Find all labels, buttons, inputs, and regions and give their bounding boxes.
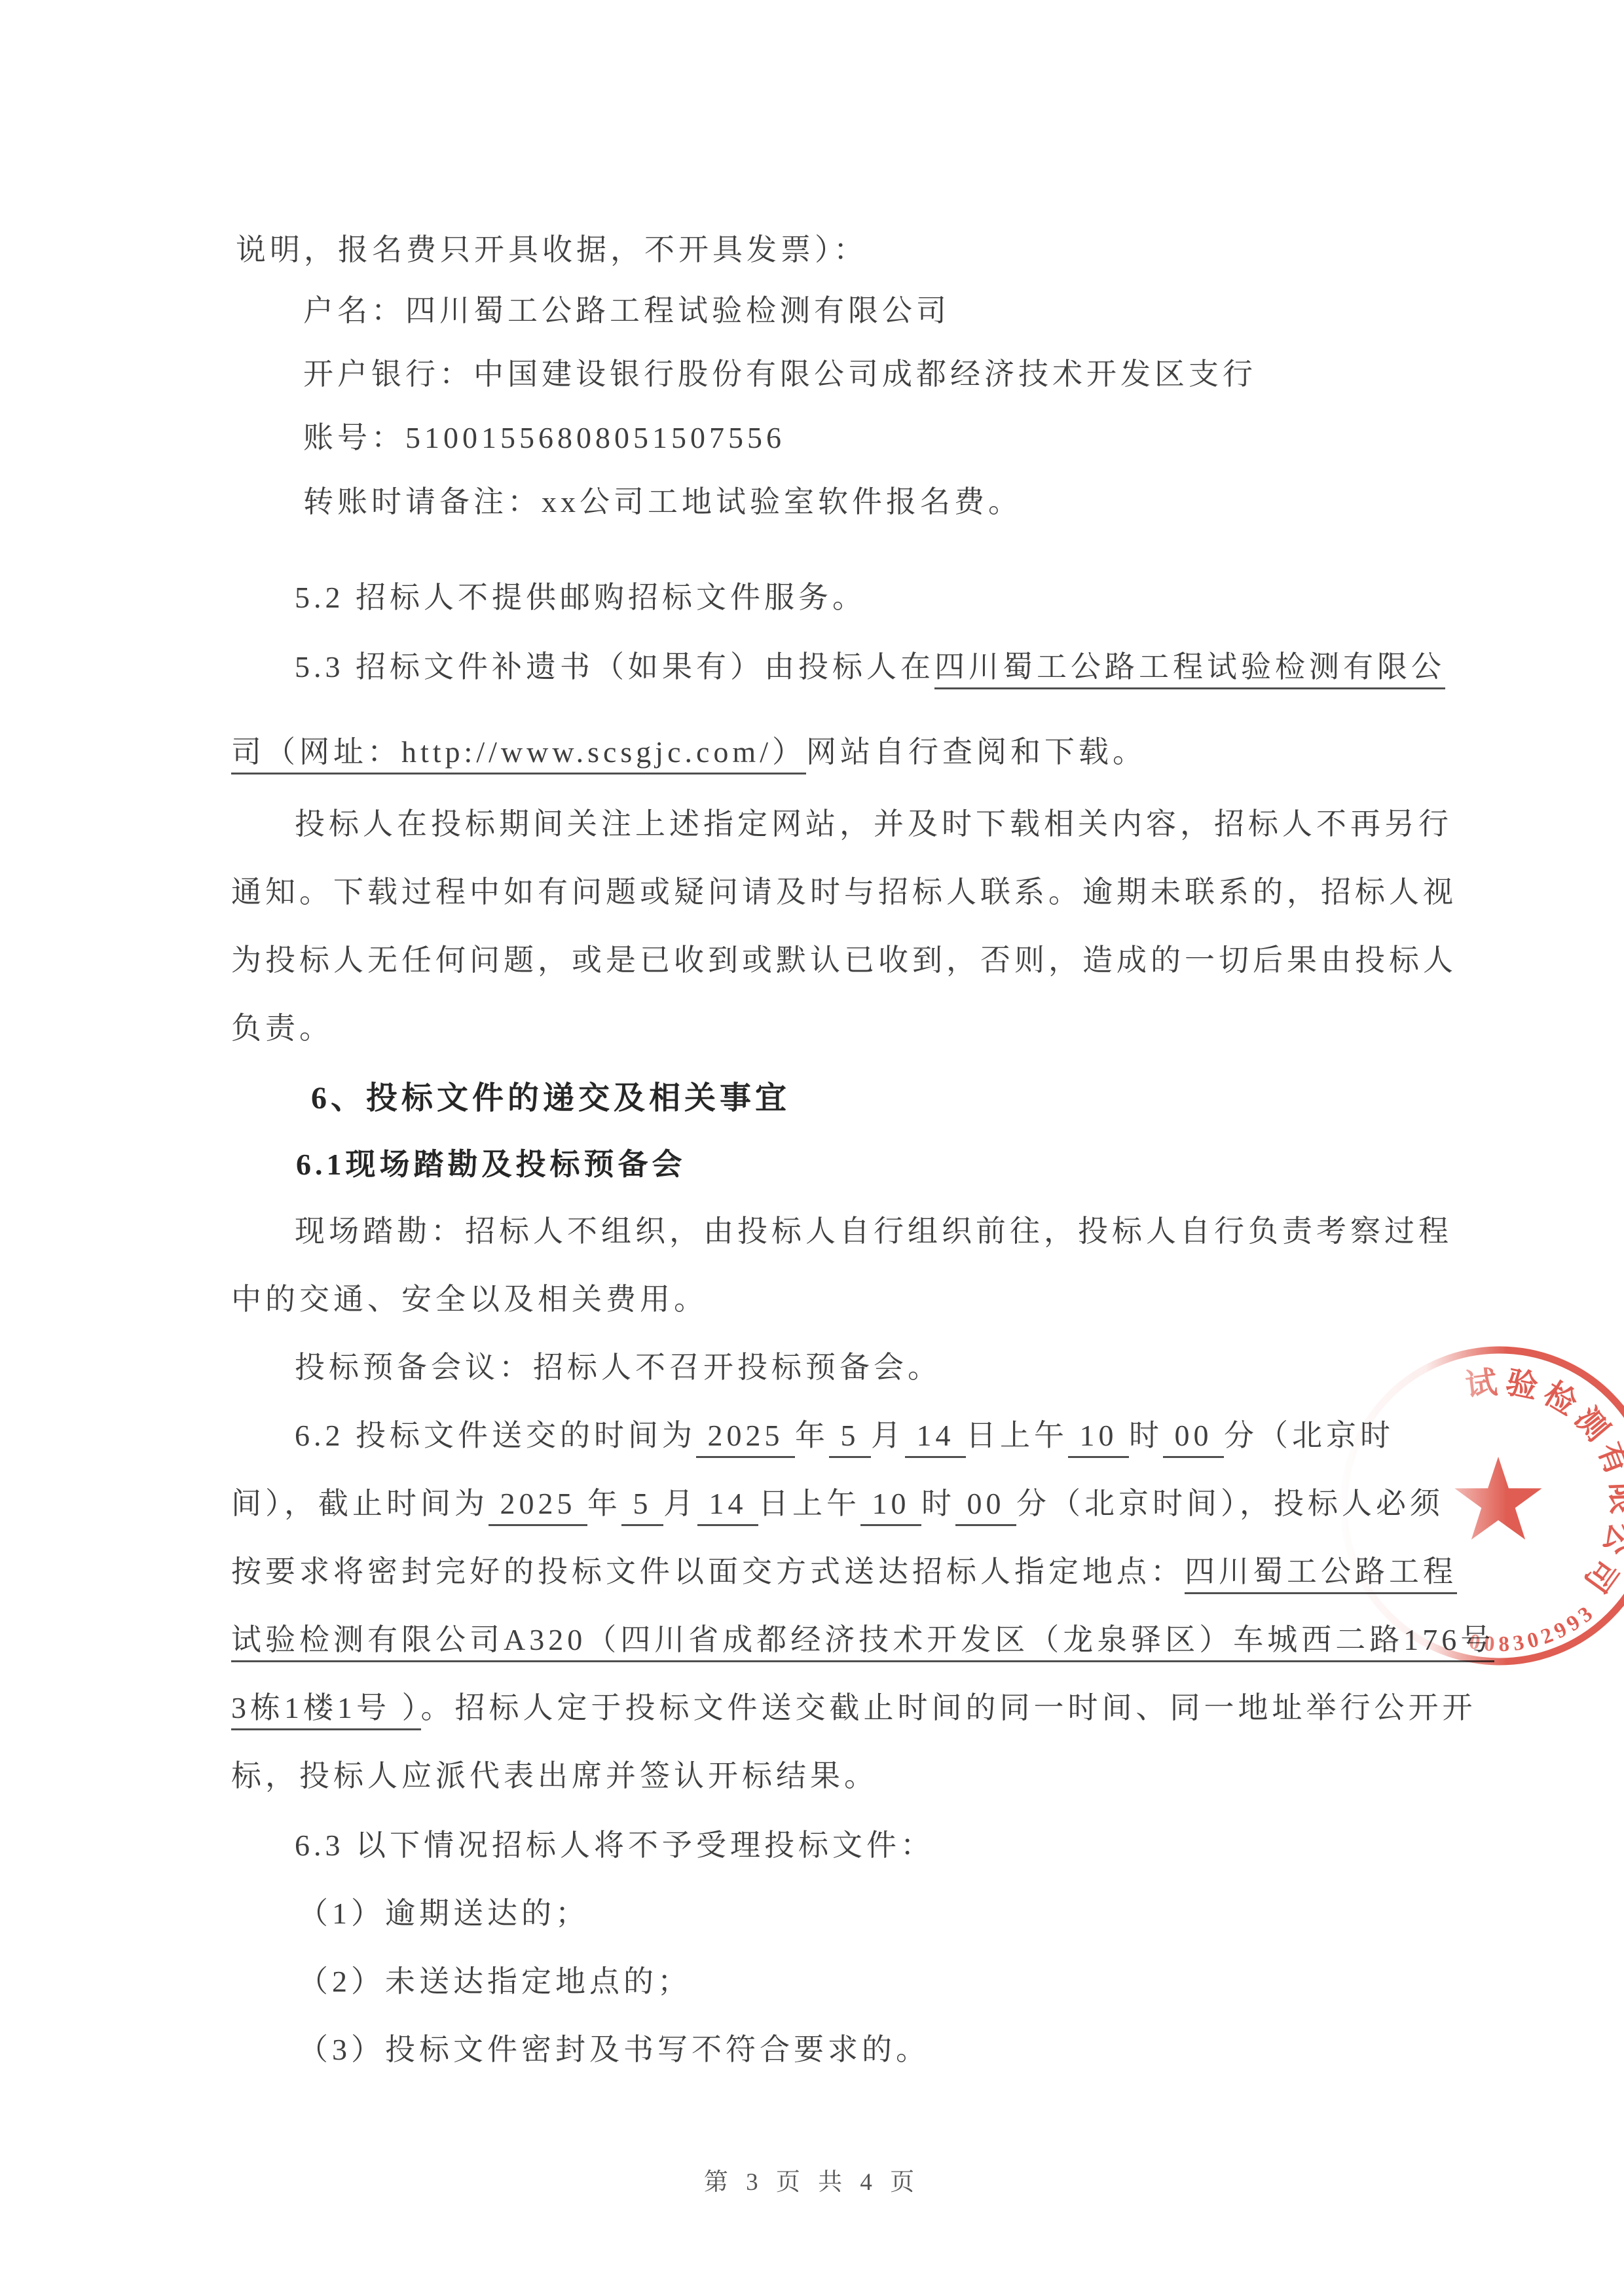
scanned-page: 说明，报名费只开具收据，不开具发票）：户名：四川蜀工公路工程试验检测有限公司开户… xyxy=(0,0,1624,2296)
page-number: 第 3 页 共 4 页 xyxy=(0,2162,1624,2197)
text-line: 中的交通、安全以及相关费用。 xyxy=(231,1282,708,1317)
text-line: 户名：四川蜀工公路工程试验检测有限公司 xyxy=(303,293,950,329)
star-icon xyxy=(1454,1457,1541,1540)
text-line: 6、投标文件的递交及相关事宜 xyxy=(311,1080,790,1118)
text-line: 通知。下载过程中如有问题或疑问请及时与招标人联系。逾期未联系的，招标人视 xyxy=(231,875,1457,910)
text-line: 账号：51001556808051507556 xyxy=(303,420,785,456)
text-line: （2）未送达指定地点的； xyxy=(298,1964,692,1999)
text-line: 试验检测有限公司A320（四川省成都经济技术开发区（龙泉驿区）车城西二路176号 xyxy=(231,1622,1494,1658)
company-seal-stamp: 试验检测有限公司 008302993 xyxy=(1329,1332,1624,1679)
text-line: （3）投标文件密封及书写不符合要求的。 xyxy=(298,2032,930,2068)
text-line: 现场踏勘：招标人不组织，由投标人自行组织前往，投标人自行负责考察过程 xyxy=(295,1214,1452,1249)
seal-arc-text: 试验检测有限公司 xyxy=(1464,1364,1624,1603)
document-body: 说明，报名费只开具收据，不开具发票）：户名：四川蜀工公路工程试验检测有限公司开户… xyxy=(0,0,1624,2296)
text-line: 标，投标人应派代表出席并签认开标结果。 xyxy=(231,1758,878,1794)
text-line: 6.3 以下情况招标人将不予受理投标文件： xyxy=(295,1828,934,1863)
text-line: 负责。 xyxy=(231,1011,333,1046)
text-line: 投标预备会议：招标人不召开投标预备会。 xyxy=(295,1350,942,1385)
text-line: 为投标人无任何问题，或是已收到或默认已收到，否则，造成的一切后果由投标人 xyxy=(231,943,1457,978)
text-line: 5.2 招标人不提供邮购招标文件服务。 xyxy=(295,580,866,615)
text-line: （1）逾期送达的； xyxy=(298,1896,589,1931)
text-line: 投标人在投标期间关注上述指定网站，并及时下载相关内容，招标人不再另行 xyxy=(295,807,1452,842)
text-line: 说明，报名费只开具收据，不开具发票）： xyxy=(236,232,868,268)
text-line: 开户银行：中国建设银行股份有限公司成都经济技术开发区支行 xyxy=(303,357,1257,392)
text-line: 按要求将密封完好的投标文件以面交方式送达招标人指定地点：四川蜀工公路工程 xyxy=(231,1554,1457,1590)
text-line: 6.1现场踏勘及投标预备会 xyxy=(296,1147,686,1182)
text-line: 间），截止时间为 2025 年 5 月 14 日上午 10 时 00 分（北京时… xyxy=(231,1486,1444,1522)
text-line: 6.2 投标文件送交的时间为 2025 年 5 月 14 日上午 10 时 00… xyxy=(295,1418,1394,1453)
text-line: 5.3 招标文件补遗书（如果有）由投标人在四川蜀工公路工程试验检测有限公 xyxy=(295,649,1445,685)
text-line: 转账时请备注：xx公司工地试验室软件报名费。 xyxy=(303,484,1022,520)
seal-serial-number: 008302993 xyxy=(1467,1599,1601,1656)
text-line: 3栋1楼1号 ）。招标人定于投标文件送交截止时间的同一时间、同一地址举行公开开 xyxy=(231,1690,1477,1726)
text-line: 司（网址：http://www.scsgjc.com/）网站自行查阅和下载。 xyxy=(231,735,1147,770)
